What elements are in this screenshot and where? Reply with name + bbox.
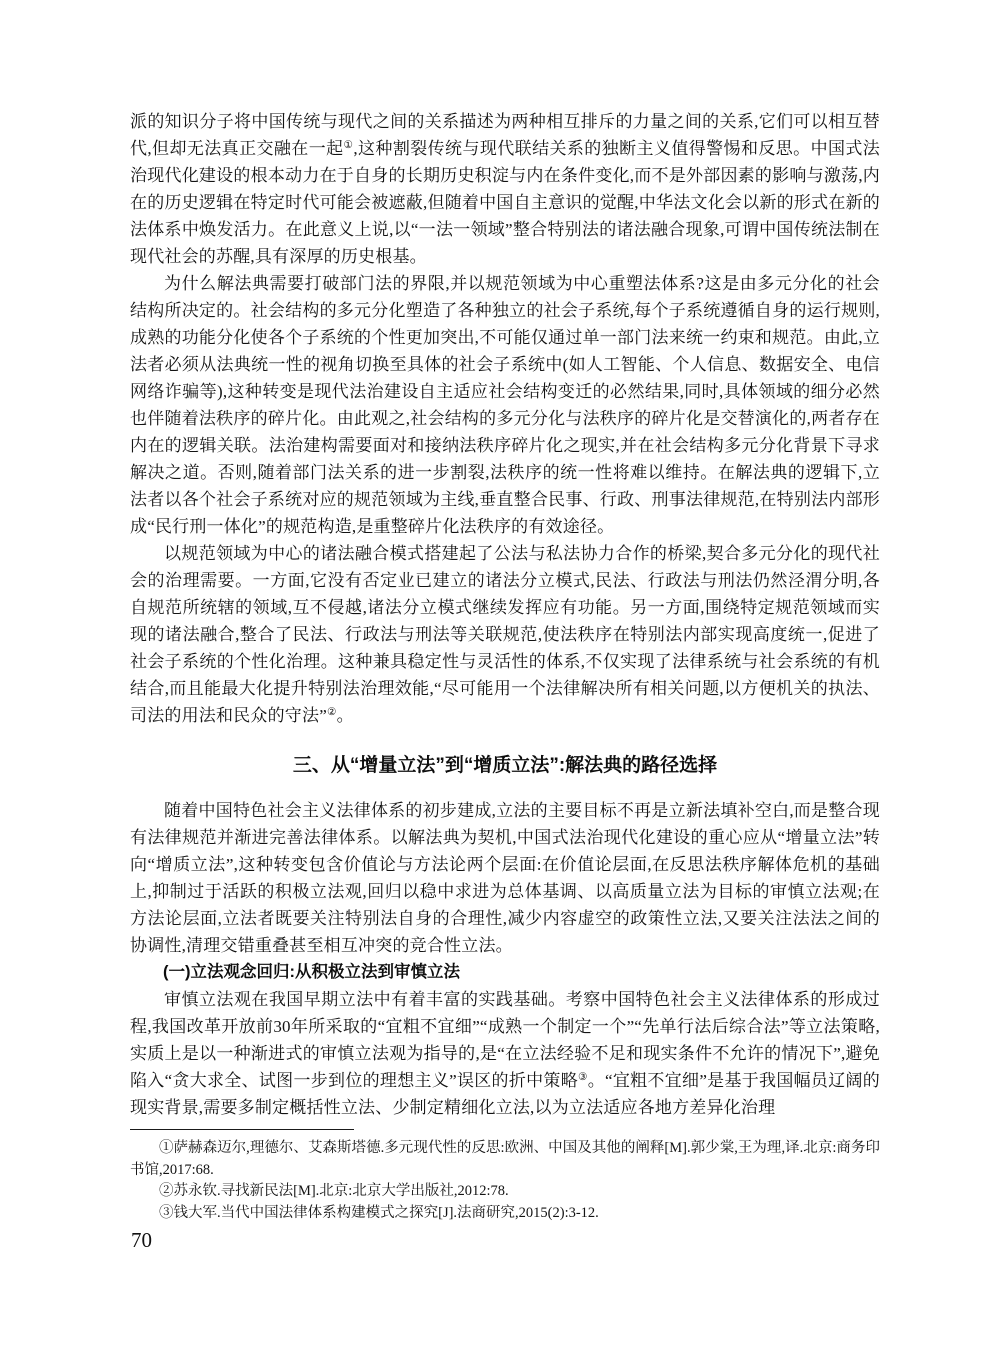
footnote-item: ③钱大军.当代中国法律体系构建模式之探究[J].法商研究,2015(2):3-1… (130, 1203, 880, 1225)
footnote-divider (130, 1129, 354, 1130)
body-paragraph: 派的知识分子将中国传统与现代之间的关系描述为两种相互排斥的力量之间的关系,它们可… (130, 108, 880, 270)
section-heading: 三、从“增量立法”到“增质立法”:解法典的路径选择 (130, 751, 880, 781)
body-paragraph: 为什么解法典需要打破部门法的界限,并以规范领域为中心重塑法体系?这是由多元分化的… (130, 270, 880, 540)
page-number: 70 (131, 1228, 152, 1253)
body-paragraph: 以规范领域为中心的诸法融合模式搭建起了公法与私法协力合作的桥梁,契合多元分化的现… (130, 540, 880, 729)
subsection-heading: (一)立法观念回归:从积极立法到审慎立法 (130, 959, 880, 986)
footnote-item: ①萨赫森迈尔,理德尔、艾森斯塔德.多元现代性的反思:欧洲、中国及其他的阐释[M]… (130, 1138, 880, 1181)
document-page: 派的知识分子将中国传统与现代之间的关系描述为两种相互排斥的力量之间的关系,它们可… (0, 0, 1000, 1347)
footnote-item: ②苏永钦.寻找新民法[M].北京:北京大学出版社,2012:78. (130, 1181, 880, 1203)
footnotes-block: ①萨赫森迈尔,理德尔、艾森斯塔德.多元现代性的反思:欧洲、中国及其他的阐释[M]… (130, 1129, 880, 1224)
section-paragraph: 随着中国特色社会主义法律体系的初步建成,立法的主要目标不再是立新法填补空白,而是… (130, 797, 880, 959)
subsection-paragraph: 审慎立法观在我国早期立法中有着丰富的实践基础。考察中国特色社会主义法律体系的形成… (130, 986, 880, 1121)
